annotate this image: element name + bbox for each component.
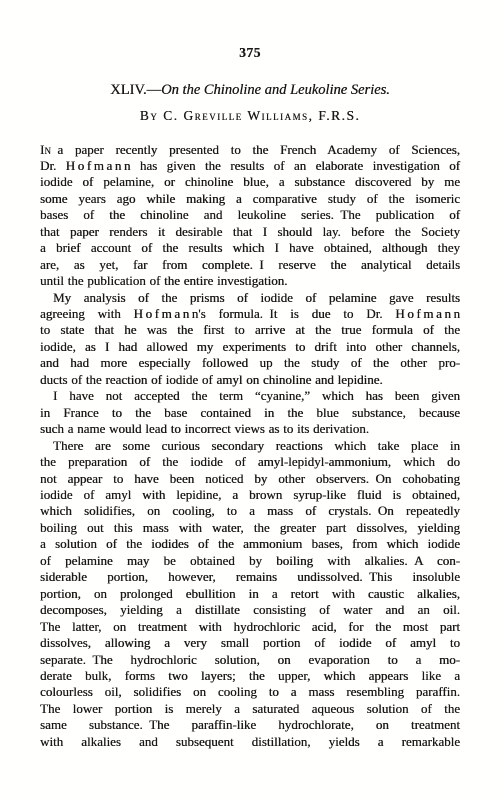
page-number: 375 <box>0 45 500 61</box>
body-line: such a name would lead to incorrect view… <box>40 421 460 437</box>
body-line: a solution of the iodides of the ammoniu… <box>40 536 460 552</box>
article-heading: XLIV.—On the Chinoline and Leukoline Ser… <box>0 82 500 99</box>
body-line: bases of the chinoline and leukoline ser… <box>40 207 460 223</box>
body-line: dissolves, allowing a very small portion… <box>40 635 460 651</box>
article-body: In a paper recently presented to the Fre… <box>40 142 460 751</box>
body-line: colourless oil, solidifies on cooling to… <box>40 684 460 700</box>
body-line: agreeing with H o f m a n n's formula. I… <box>40 306 460 322</box>
journal-page: 375 XLIV.—On the Chinoline and Leukoline… <box>0 0 500 800</box>
body-line: decomposes, yielding a distillate consis… <box>40 602 460 618</box>
body-line: Dr. H o f m a n n has given the results … <box>40 158 460 174</box>
body-line: My analysis of the prisms of iodide of p… <box>40 290 460 306</box>
body-line: the preparation of the iodide of amyl-le… <box>40 454 460 470</box>
body-line: separate. The hydrochloric solution, on … <box>40 652 460 668</box>
body-line: iodide, as I had allowed my experiments … <box>40 339 460 355</box>
body-line: boiling out this mass with water, the gr… <box>40 520 460 536</box>
body-line: not appear to have been noticed by other… <box>40 471 460 487</box>
body-line: are, as yet, far from complete. I reserv… <box>40 257 460 273</box>
body-line: until the publication of the entire inve… <box>40 273 460 289</box>
body-line: that paper renders it desirable that I s… <box>40 224 460 240</box>
section-number: XLIV.— <box>110 82 161 98</box>
body-line: derate bulk, forms two layers; the upper… <box>40 668 460 684</box>
body-line: iodide of amyl with lepidine, a brown sy… <box>40 487 460 503</box>
body-line: which solidifies, on cooling, to a mass … <box>40 503 460 519</box>
byline: By C. Greville Williams, F.R.S. <box>0 108 500 124</box>
body-line: with alkalies and subsequent distillatio… <box>40 734 460 750</box>
body-line: There are some curious secondary reactio… <box>40 438 460 454</box>
body-line: a brief account of the results which I h… <box>40 240 460 256</box>
body-line: some years ago while making a comparativ… <box>40 191 460 207</box>
body-line: The latter, on treatment with hydrochlor… <box>40 619 460 635</box>
body-line: The lower portion is merely a saturated … <box>40 701 460 717</box>
body-line: of pelamine may be obtained by boiling w… <box>40 553 460 569</box>
body-line: I have not accepted the term “cyanine,” … <box>40 388 460 404</box>
body-line: iodide of pelamine, or chinoline blue, a… <box>40 174 460 190</box>
article-title: On the Chinoline and Leukoline Series. <box>161 82 390 98</box>
body-line: In a paper recently presented to the Fre… <box>40 142 460 158</box>
body-line: same substance. The paraffin-like hydroc… <box>40 717 460 733</box>
smallcaps-lead: In <box>40 142 51 157</box>
body-line: to state that he was the first to arrive… <box>40 322 460 338</box>
body-line: portion, on prolonged ebullition in a re… <box>40 586 460 602</box>
body-line: siderable portion, however, remains undi… <box>40 569 460 585</box>
body-line: in France to the base contained in the b… <box>40 405 460 421</box>
body-line: and had more especially followed up the … <box>40 355 460 371</box>
body-line: ducts of the reaction of iodide of amyl … <box>40 372 460 388</box>
